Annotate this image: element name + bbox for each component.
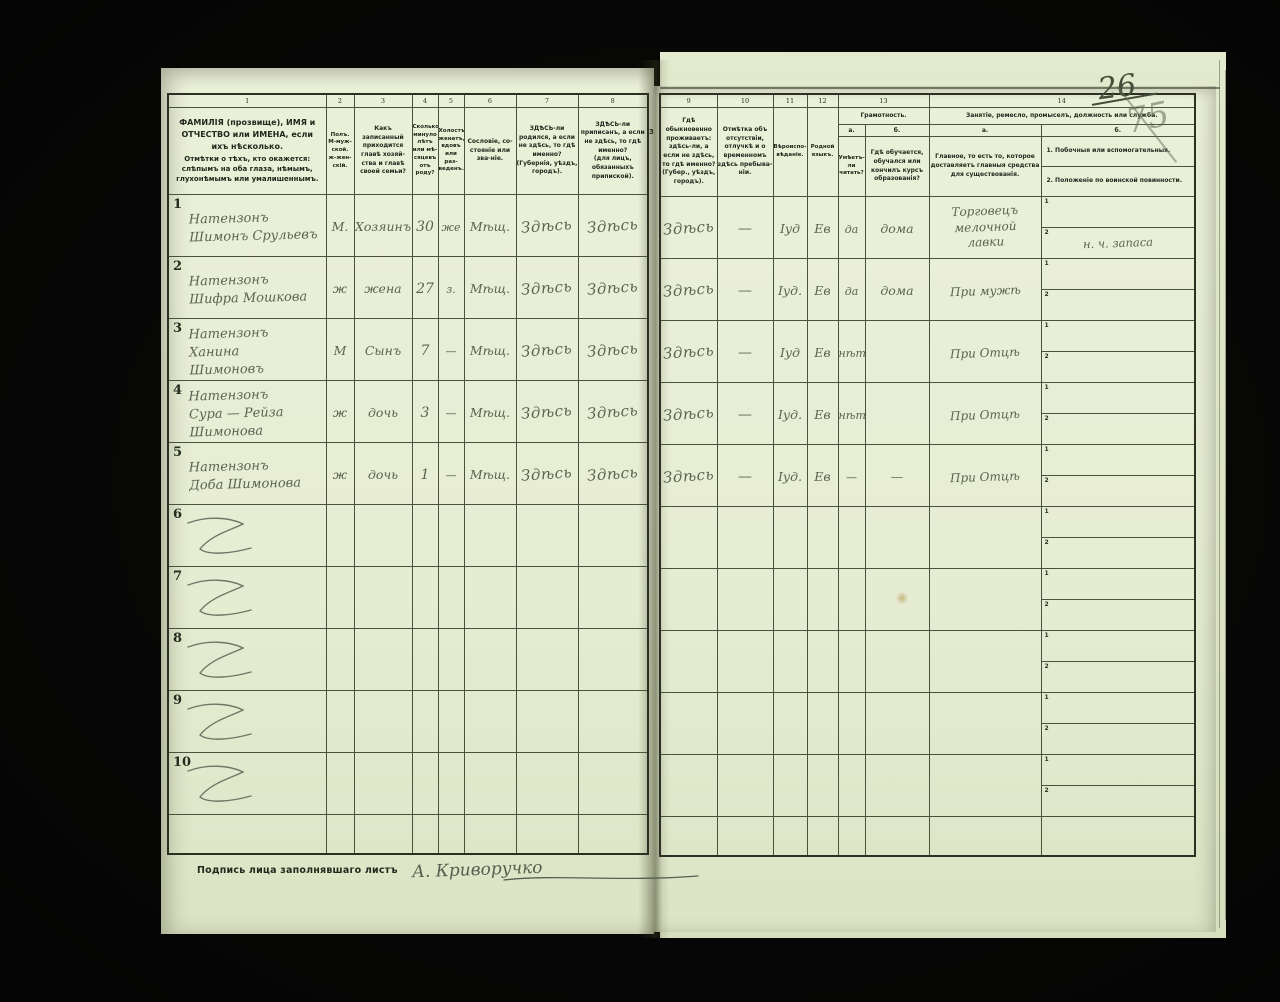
- occupation-main-cell: Торговецъ мелочной лавки: [929, 197, 1041, 259]
- education-cell: дома: [865, 259, 929, 321]
- column-header-2: Полъ. М-муж-ской. ж-жен-скій.: [326, 108, 354, 195]
- occupation-main-cell: [929, 569, 1041, 631]
- occupation-main-cell: [929, 693, 1041, 755]
- language-cell: Ев: [807, 445, 838, 507]
- occupation-side-2: 2: [1042, 475, 1195, 506]
- col-num-5: 5: [438, 94, 464, 108]
- col-num-11: 11: [773, 94, 807, 108]
- name-cell: 9: [168, 691, 326, 753]
- sex-cell: ж: [326, 257, 354, 319]
- marital-cell: [438, 691, 464, 753]
- born-here-cell: Здѣсь: [516, 257, 578, 319]
- religion-cell: Іуд.: [773, 259, 807, 321]
- column-header-14a-letter: а.: [929, 125, 1041, 137]
- language-cell: [807, 631, 838, 693]
- column-header-3: Какъ записанный приходится главѣ хозяй-с…: [354, 108, 412, 195]
- column-header-4: Сколько минуло лѣтъ или мѣ-сяцевъ отъ ро…: [412, 108, 438, 195]
- absence-cell: —: [717, 383, 773, 445]
- column-header-13-group: Грамотность.: [838, 108, 929, 125]
- occupation-main-cell: [929, 507, 1041, 569]
- name-cell: 1 Натензонъ Шимонъ Срульевъ: [168, 195, 326, 257]
- col-num-1: 1: [168, 94, 326, 108]
- education-cell: [865, 507, 929, 569]
- occupation-main-cell: При Отцѣ: [929, 383, 1041, 445]
- born-here-cell: [516, 753, 578, 815]
- education-cell: [865, 693, 929, 755]
- marital-cell: же: [438, 195, 464, 257]
- name-cell: 2 Натензонъ Шифра Мошкова: [168, 257, 326, 319]
- sex-cell: [326, 691, 354, 753]
- age-cell: [412, 567, 438, 629]
- born-here-cell: [516, 629, 578, 691]
- born-here-cell: [516, 691, 578, 753]
- sex-cell: [326, 629, 354, 691]
- marital-cell: [438, 753, 464, 815]
- column-header-14b-line1: 1. Побочныя или вспомогательныя.: [1042, 137, 1195, 166]
- born-here-cell: Здѣсь: [516, 381, 578, 443]
- relation-cell: жена: [354, 257, 412, 319]
- occupation-side-cell: 1 2: [1041, 631, 1195, 693]
- occupation-main-cell: При Отцѣ: [929, 321, 1041, 383]
- born-here-cell: Здѣсь: [516, 195, 578, 257]
- sub-cell-number-2: 2: [1045, 601, 1049, 608]
- census-table-left: 1 2 3 4 5 6 7 8 ФАМИЛІЯ (прозвище), ИМЯ …: [167, 93, 649, 855]
- estate-cell: Мѣщ.: [464, 195, 516, 257]
- sex-cell: ж: [326, 443, 354, 505]
- empty-cell: [464, 815, 516, 855]
- census-table-right: 9 10 11 12 13 14 Гдѣ обыкновенно прожива…: [659, 93, 1196, 857]
- sex-cell: [326, 567, 354, 629]
- language-cell: Ев: [807, 197, 838, 259]
- occupation-main-cell: При Отцѣ: [929, 445, 1041, 507]
- cancellation-stroke-mark: [185, 761, 275, 813]
- person-row-7: 1 2: [660, 569, 1195, 631]
- occupation-side-2: 2: [1042, 661, 1195, 692]
- person-row-5: 5 Натензонъ Доба Шимонова ж дочь 1 — Мѣщ…: [168, 443, 648, 505]
- col-num-12: 12: [807, 94, 838, 108]
- occupation-side-2: 2: [1042, 723, 1195, 754]
- page-stack-seam: [1219, 60, 1220, 928]
- name-cell: 3 Натензонъ Ханина Шимоновъ: [168, 319, 326, 381]
- person-row-2: Здѣсь — Іуд. Ев да дома При мужѣ 1 2: [660, 259, 1195, 321]
- marital-cell: —: [438, 443, 464, 505]
- occupation-side-1: 1: [1042, 693, 1195, 723]
- religion-cell: [773, 755, 807, 817]
- column-header-10: Отмѣтка объ отсутствіи, отлучкѣ и о врем…: [717, 108, 773, 197]
- absence-cell: [717, 693, 773, 755]
- occupation-side-2: 2: [1042, 785, 1195, 816]
- empty-cell: [578, 815, 648, 855]
- sub-cell-number-1: 1: [1045, 570, 1049, 577]
- sub-cell-number-2: 2: [1045, 415, 1049, 422]
- registered-here-cell: [578, 691, 648, 753]
- marital-cell: з.: [438, 257, 464, 319]
- absence-cell: [717, 631, 773, 693]
- col-num-9: 9: [660, 94, 717, 108]
- name-cell: 6: [168, 505, 326, 567]
- literacy-cell: да: [838, 197, 865, 259]
- age-cell: [412, 691, 438, 753]
- absence-cell: —: [717, 259, 773, 321]
- sex-cell: М: [326, 319, 354, 381]
- column-header-14b: 1. Побочныя или вспомогательныя. 2. Поло…: [1041, 137, 1195, 197]
- language-cell: [807, 755, 838, 817]
- literacy-cell: да: [838, 259, 865, 321]
- sub-cell-number-2: 2: [1045, 353, 1049, 360]
- empty-cell: [438, 815, 464, 855]
- column-header-1-main: ФАМИЛІЯ (прозвище), ИМЯ и ОТЧЕСТВО или И…: [169, 115, 326, 154]
- age-cell: 27: [412, 257, 438, 319]
- empty-cell: [412, 815, 438, 855]
- literacy-cell: [838, 631, 865, 693]
- literacy-cell: [838, 693, 865, 755]
- residence-cell: [660, 569, 717, 631]
- occupation-side-cell: 1 2: [1041, 383, 1195, 445]
- marital-cell: [438, 629, 464, 691]
- absence-cell: [717, 755, 773, 817]
- language-cell: [807, 693, 838, 755]
- empty-cell: [354, 815, 412, 855]
- sub-cell-number-1: 1: [1045, 694, 1049, 701]
- column-header-13b-letter: б.: [865, 125, 929, 137]
- occupation-main-cell: [929, 755, 1041, 817]
- person-row-2: 2 Натензонъ Шифра Мошкова ж жена 27 з. М…: [168, 257, 648, 319]
- occupation-side-cell: 1 2: [1041, 445, 1195, 507]
- residence-cell: Здѣсь: [660, 445, 717, 507]
- column-header-13a-letter: а.: [838, 125, 865, 137]
- row-number: 7: [173, 569, 182, 584]
- col-num-13: 13: [838, 94, 929, 108]
- empty-cell: [773, 817, 807, 857]
- person-row-3: 3 Натензонъ Ханина Шимоновъ М Сынъ 7 — М…: [168, 319, 648, 381]
- born-here-cell: [516, 567, 578, 629]
- sex-cell: [326, 505, 354, 567]
- sub-cell-number-1: 1: [1045, 260, 1049, 267]
- sub-cell-number-2: 2: [1045, 229, 1049, 236]
- education-cell: [865, 755, 929, 817]
- sub-cell-number-2: 2: [1045, 477, 1049, 484]
- person-row-5: Здѣсь — Іуд. Ев — — При Отцѣ 1 2: [660, 445, 1195, 507]
- occupation-side-cell: 1 2 н. ч. запаса: [1041, 197, 1195, 259]
- person-name: Натензонъ Доба Шимонова: [168, 451, 326, 496]
- person-name: Натензонъ Ханина Шимоновъ: [168, 319, 326, 381]
- occupation-side-1: 1: [1042, 383, 1195, 413]
- column-header-13b: Гдѣ обучается, обучался или кончилъ курс…: [865, 137, 929, 197]
- person-name: Натензонъ Шифра Мошкова: [168, 265, 326, 310]
- registered-here-cell: Здѣсь: [578, 195, 648, 257]
- religion-cell: [773, 631, 807, 693]
- occupation-side-2: 2: [1042, 289, 1195, 320]
- column-header-1-note: Отмѣтки о тѣхъ, кто окажется: слѣпымъ на…: [169, 154, 326, 186]
- column-header-5: Холостъ, женатъ, вдовъ или раз-веденъ.: [438, 108, 464, 195]
- empty-cell: [807, 817, 838, 857]
- occupation-side-cell: 1 2: [1041, 321, 1195, 383]
- relation-cell: дочь: [354, 381, 412, 443]
- row-number: 6: [173, 507, 182, 522]
- marital-cell: [438, 567, 464, 629]
- col-num-7: 7: [516, 94, 578, 108]
- occupation-side-cell: 1 2: [1041, 259, 1195, 321]
- religion-cell: [773, 569, 807, 631]
- cancellation-stroke-mark: [185, 699, 275, 751]
- empty-cell: [929, 817, 1041, 857]
- relation-cell: [354, 753, 412, 815]
- occupation-side-1: 1: [1042, 259, 1195, 289]
- column-header-6: Сословіе, со-стояніе или зва-ніе.: [464, 108, 516, 195]
- registered-here-cell: [578, 567, 648, 629]
- person-row-9: 9: [168, 691, 648, 753]
- empty-trailing-row: [660, 817, 1195, 857]
- marital-cell: —: [438, 381, 464, 443]
- name-cell: 10: [168, 753, 326, 815]
- occupation-side-2: 2 н. ч. запаса: [1042, 227, 1195, 258]
- relation-cell: [354, 691, 412, 753]
- column-header-1: ФАМИЛІЯ (прозвище), ИМЯ и ОТЧЕСТВО или И…: [168, 108, 326, 195]
- row-number: 9: [173, 693, 182, 708]
- education-cell: [865, 631, 929, 693]
- age-cell: 30: [412, 195, 438, 257]
- sub-cell-number-2: 2: [1045, 663, 1049, 670]
- col-num-2: 2: [326, 94, 354, 108]
- marital-cell: —: [438, 319, 464, 381]
- religion-cell: [773, 507, 807, 569]
- education-cell: —: [865, 445, 929, 507]
- column-header-13a: Умѣетъ-ли читать?: [838, 137, 865, 197]
- education-cell: [865, 383, 929, 445]
- literacy-cell: [838, 507, 865, 569]
- religion-cell: [773, 693, 807, 755]
- page-stack-seam: [1225, 70, 1226, 920]
- relation-cell: дочь: [354, 443, 412, 505]
- absence-cell: [717, 569, 773, 631]
- col-num-3: 3: [354, 94, 412, 108]
- sex-cell: [326, 753, 354, 815]
- estate-cell: Мѣщ.: [464, 443, 516, 505]
- sub-cell-number-1: 1: [1045, 322, 1049, 329]
- empty-cell: [516, 815, 578, 855]
- cancellation-stroke-mark: [185, 575, 275, 627]
- column-header-9: Гдѣ обыкновенно проживаетъ: здѣсь-ли, а …: [660, 108, 717, 197]
- registered-here-cell: [578, 753, 648, 815]
- relation-cell: [354, 629, 412, 691]
- sub-cell-number-2: 2: [1045, 539, 1049, 546]
- person-row-8: 8: [168, 629, 648, 691]
- column-number-row: 1 2 3 4 5 6 7 8: [168, 94, 648, 108]
- sub-cell-number-1: 1: [1045, 198, 1049, 205]
- empty-cell: [168, 815, 326, 855]
- sub-cell-number-2: 2: [1045, 787, 1049, 794]
- empty-cell: [660, 817, 717, 857]
- estate-cell: Мѣщ.: [464, 319, 516, 381]
- absence-cell: —: [717, 321, 773, 383]
- language-cell: Ев: [807, 321, 838, 383]
- religion-cell: Іуд: [773, 197, 807, 259]
- person-row-1: 1 Натензонъ Шимонъ Срульевъ М. Хозяинъ 3…: [168, 195, 648, 257]
- person-row-6: 1 2: [660, 507, 1195, 569]
- relation-cell: [354, 567, 412, 629]
- born-here-cell: [516, 505, 578, 567]
- born-here-cell: Здѣсь: [516, 319, 578, 381]
- col-num-4: 4: [412, 94, 438, 108]
- born-here-cell: Здѣсь: [516, 443, 578, 505]
- sub-cell-number-2: 2: [1045, 291, 1049, 298]
- residence-cell: Здѣсь: [660, 259, 717, 321]
- language-cell: [807, 507, 838, 569]
- residence-cell: Здѣсь: [660, 383, 717, 445]
- name-cell: 7: [168, 567, 326, 629]
- column-header-8: ЗДѢСЬ-ли приписанъ, а если не здѣсь, то …: [578, 108, 648, 195]
- empty-cell: [865, 817, 929, 857]
- language-cell: Ев: [807, 383, 838, 445]
- occupation-side-1: 1: [1042, 321, 1195, 351]
- age-cell: 1: [412, 443, 438, 505]
- sub-cell-number-1: 1: [1045, 446, 1049, 453]
- occupation-main-cell: [929, 631, 1041, 693]
- estate-cell: [464, 691, 516, 753]
- row-number: 8: [173, 631, 182, 646]
- residence-cell: [660, 507, 717, 569]
- fold-sheet-mark: 3: [649, 128, 654, 136]
- sub-cell-number-1: 1: [1045, 756, 1049, 763]
- empty-cell: [1041, 817, 1195, 857]
- cancellation-stroke-mark: [185, 513, 275, 565]
- absence-cell: —: [717, 197, 773, 259]
- person-name: Натензонъ Шимонъ Срульевъ: [168, 203, 326, 248]
- residence-cell: Здѣсь: [660, 321, 717, 383]
- literacy-cell: [838, 569, 865, 631]
- occupation-side-cell: 1 2: [1041, 693, 1195, 755]
- age-cell: 3: [412, 381, 438, 443]
- person-row-4: Здѣсь — Іуд. Ев нѣтъ При Отцѣ 1 2: [660, 383, 1195, 445]
- religion-cell: Іуд.: [773, 383, 807, 445]
- col-num-10: 10: [717, 94, 773, 108]
- occupation-side-1: 1: [1042, 631, 1195, 661]
- religion-cell: Іуд: [773, 321, 807, 383]
- occupation-side-2: 2: [1042, 413, 1195, 444]
- occupation-side-1: 1: [1042, 755, 1195, 785]
- occupation-side-1: 1: [1042, 569, 1195, 599]
- name-cell: 4 Натензонъ Сура — Рейза Шимонова: [168, 381, 326, 443]
- occupation-side-1: 1: [1042, 197, 1195, 227]
- age-cell: 7: [412, 319, 438, 381]
- column-header-12: Родной языкъ.: [807, 108, 838, 197]
- sex-cell: М.: [326, 195, 354, 257]
- empty-cell: [717, 817, 773, 857]
- relation-cell: Сынъ: [354, 319, 412, 381]
- relation-cell: Хозяинъ: [354, 195, 412, 257]
- person-row-6: 6: [168, 505, 648, 567]
- absence-cell: —: [717, 445, 773, 507]
- person-row-10: 1 2: [660, 755, 1195, 817]
- occupation-side-cell: 1 2: [1041, 507, 1195, 569]
- occupation-side-2: 2: [1042, 351, 1195, 382]
- person-row-7: 7: [168, 567, 648, 629]
- name-cell: 8: [168, 629, 326, 691]
- occupation-side-1: 1: [1042, 507, 1195, 537]
- estate-cell: [464, 567, 516, 629]
- empty-cell: [838, 817, 865, 857]
- age-cell: [412, 629, 438, 691]
- empty-cell: [326, 815, 354, 855]
- relation-cell: [354, 505, 412, 567]
- signature-area: Подпись лица заполнявшаго листъ А. Криво…: [197, 856, 702, 876]
- col-num-6: 6: [464, 94, 516, 108]
- language-cell: Ев: [807, 259, 838, 321]
- estate-cell: Мѣщ.: [464, 381, 516, 443]
- sub-cell-number-1: 1: [1045, 632, 1049, 639]
- person-row-1: Здѣсь — Іуд Ев да дома Торговецъ мелочно…: [660, 197, 1195, 259]
- occupation-side-2: 2: [1042, 599, 1195, 630]
- residence-cell: [660, 755, 717, 817]
- person-name: Натензонъ Сура — Рейза Шимонова: [168, 381, 326, 443]
- registered-here-cell: Здѣсь: [578, 381, 648, 443]
- registered-here-cell: Здѣсь: [578, 443, 648, 505]
- age-cell: [412, 753, 438, 815]
- name-cell: 5 Натензонъ Доба Шимонова: [168, 443, 326, 505]
- column-header-14b-line2: 2. Положеніе по воинской повинности.: [1042, 166, 1195, 196]
- sex-cell: ж: [326, 381, 354, 443]
- estate-cell: [464, 505, 516, 567]
- education-cell: [865, 321, 929, 383]
- sub-cell-number-1: 1: [1045, 508, 1049, 515]
- literacy-cell: [838, 755, 865, 817]
- occupation-side-cell: 1 2: [1041, 569, 1195, 631]
- religion-cell: Іуд.: [773, 445, 807, 507]
- person-row-8: 1 2: [660, 631, 1195, 693]
- person-row-4: 4 Натензонъ Сура — Рейза Шимонова ж дочь…: [168, 381, 648, 443]
- person-row-3: Здѣсь — Іуд Ев нѣтъ При Отцѣ 1 2: [660, 321, 1195, 383]
- literacy-cell: —: [838, 445, 865, 507]
- estate-cell: [464, 629, 516, 691]
- literacy-cell: нѣтъ: [838, 321, 865, 383]
- occupation-side-cell: 1 2: [1041, 755, 1195, 817]
- col-num-8: 8: [578, 94, 648, 108]
- residence-cell: Здѣсь: [660, 197, 717, 259]
- occupation-side-1: 1: [1042, 445, 1195, 475]
- sub-cell-number-1: 1: [1045, 384, 1049, 391]
- education-cell: [865, 569, 929, 631]
- occupation-main-cell: При мужѣ: [929, 259, 1041, 321]
- sub-cell-number-2: 2: [1045, 725, 1049, 732]
- estate-cell: [464, 753, 516, 815]
- absence-cell: [717, 507, 773, 569]
- column-header-11: Вѣроиспо-вѣданіе.: [773, 108, 807, 197]
- residence-cell: [660, 693, 717, 755]
- person-row-9: 1 2: [660, 693, 1195, 755]
- person-row-10: 10: [168, 753, 648, 815]
- column-header-14a: Главное, то есть то, которое доставляетъ…: [929, 137, 1041, 197]
- registered-here-cell: [578, 505, 648, 567]
- residence-cell: [660, 631, 717, 693]
- registered-here-cell: Здѣсь: [578, 257, 648, 319]
- literacy-cell: нѣтъ: [838, 383, 865, 445]
- estate-cell: Мѣщ.: [464, 257, 516, 319]
- marital-cell: [438, 505, 464, 567]
- signature-flourish: [502, 868, 702, 886]
- occupation-side-2: 2: [1042, 537, 1195, 568]
- empty-trailing-row: [168, 815, 648, 855]
- language-cell: [807, 569, 838, 631]
- signature-label: Подпись лица заполнявшаго листъ: [197, 865, 398, 876]
- cancellation-stroke-mark: [185, 637, 275, 689]
- registered-here-cell: Здѣсь: [578, 319, 648, 381]
- education-cell: дома: [865, 197, 929, 259]
- age-cell: [412, 505, 438, 567]
- registered-here-cell: [578, 629, 648, 691]
- column-header-7: ЗДѢСЬ-ли родился, а если не здѣсь, то гд…: [516, 108, 578, 195]
